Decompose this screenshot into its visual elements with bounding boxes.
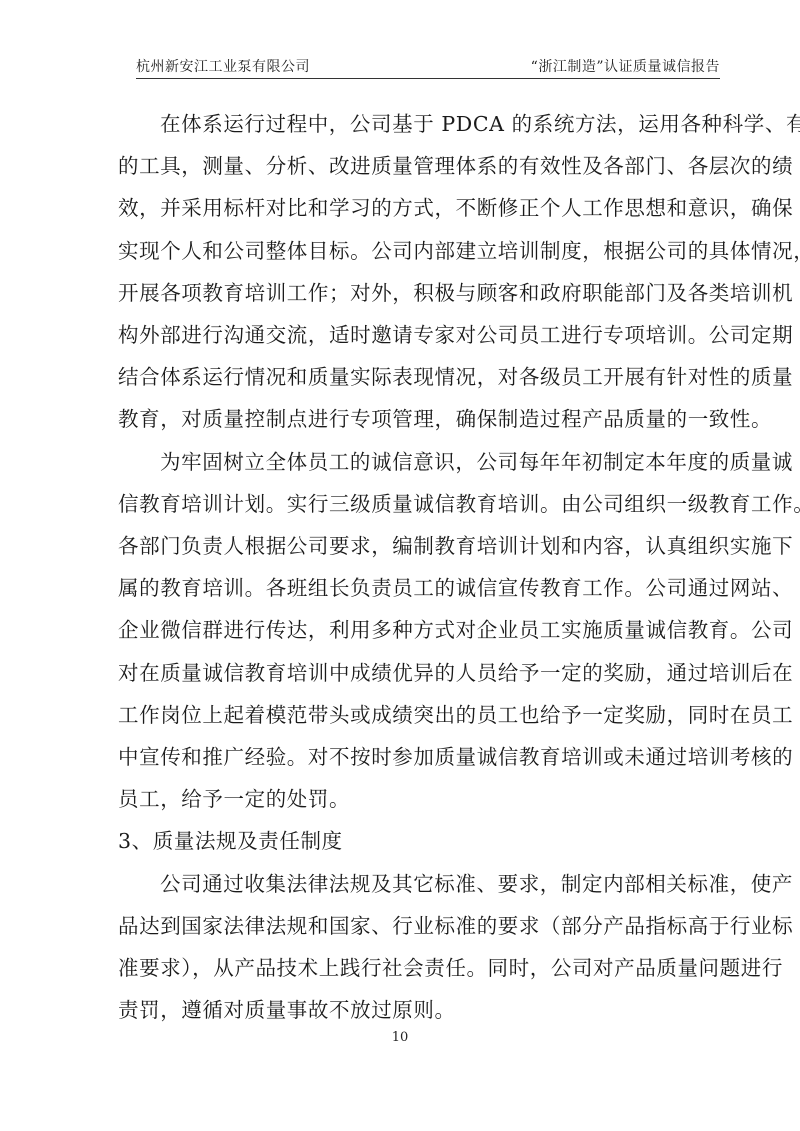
text-line: 各部门负责人根据公司要求，编制教育培训计划和内容，认真组织实施下 bbox=[118, 525, 726, 567]
text-line: 教育，对质量控制点进行专项管理，确保制造过程产品质量的一致性。 bbox=[118, 398, 726, 440]
page-header: 杭州新安江工业泵有限公司 “浙江制造”认证质量诚信报告 bbox=[136, 58, 720, 79]
text-line: 公司通过收集法律法规及其它标准、要求，制定内部相关标准，使产 bbox=[118, 863, 726, 905]
paragraph-integrity-education: 为牢固树立全体员工的诚信意识，公司每年年初制定本年度的质量诚 信教育培训计划。实… bbox=[118, 441, 726, 821]
text-line: 准要求），从产品技术上践行社会责任。同时，公司对产品质量问题进行 bbox=[118, 947, 726, 989]
text-line: 工作岗位上起着模范带头或成绩突出的员工也给予一定奖励，同时在员工 bbox=[118, 694, 726, 736]
text-line: 构外部进行沟通交流，适时邀请专家对公司员工进行专项培训。公司定期 bbox=[118, 314, 726, 356]
text-line: 为牢固树立全体员工的诚信意识，公司每年年初制定本年度的质量诚 bbox=[118, 441, 726, 483]
text-line: 开展各项教育培训工作；对外，积极与顾客和政府职能部门及各类培训机 bbox=[118, 272, 726, 314]
text-line: 品达到国家法律法规和国家、行业标准的要求（部分产品指标高于行业标 bbox=[118, 905, 726, 947]
page-number: 10 bbox=[0, 1030, 800, 1045]
section-heading-text: 3、质量法规及责任制度 bbox=[118, 820, 726, 862]
text-line: 的工具，测量、分析、改进质量管理体系的有效性及各部门、各层次的绩 bbox=[118, 145, 726, 187]
section-heading: 3、质量法规及责任制度 bbox=[118, 820, 726, 862]
text-line: 员工，给予一定的处罚。 bbox=[118, 778, 726, 820]
text-line: 实现个人和公司整体目标。公司内部建立培训制度，根据公司的具体情况， bbox=[118, 230, 726, 272]
text-line: 对在质量诚信教育培训中成绩优异的人员给予一定的奖励，通过培训后在 bbox=[118, 652, 726, 694]
header-company-name: 杭州新安江工业泵有限公司 bbox=[136, 58, 310, 76]
header-report-title: “浙江制造”认证质量诚信报告 bbox=[531, 58, 720, 76]
text-line: 属的教育培训。各班组长负责员工的诚信宣传教育工作。公司通过网站、 bbox=[118, 567, 726, 609]
paragraph-pdca-training: 在体系运行过程中，公司基于 PDCA 的系统方法，运用各种科学、有效 的工具，测… bbox=[118, 103, 726, 441]
paragraph-regulations: 公司通过收集法律法规及其它标准、要求，制定内部相关标准，使产 品达到国家法律法规… bbox=[118, 863, 726, 1032]
document-body: 在体系运行过程中，公司基于 PDCA 的系统方法，运用各种科学、有效 的工具，测… bbox=[118, 103, 726, 1031]
text-line: 中宣传和推广经验。对不按时参加质量诚信教育培训或未通过培训考核的 bbox=[118, 736, 726, 778]
text-line: 信教育培训计划。实行三级质量诚信教育培训。由公司组织一级教育工作。 bbox=[118, 483, 726, 525]
text-line: 企业微信群进行传达，利用多种方式对企业员工实施质量诚信教育。公司 bbox=[118, 609, 726, 651]
text-line: 在体系运行过程中，公司基于 PDCA 的系统方法，运用各种科学、有效 bbox=[118, 103, 726, 145]
text-line: 责罚，遵循对质量事故不放过原则。 bbox=[118, 989, 726, 1031]
text-line: 结合体系运行情况和质量实际表现情况，对各级员工开展有针对性的质量 bbox=[118, 356, 726, 398]
text-line: 效，并采用标杆对比和学习的方式，不断修正个人工作思想和意识，确保 bbox=[118, 187, 726, 229]
